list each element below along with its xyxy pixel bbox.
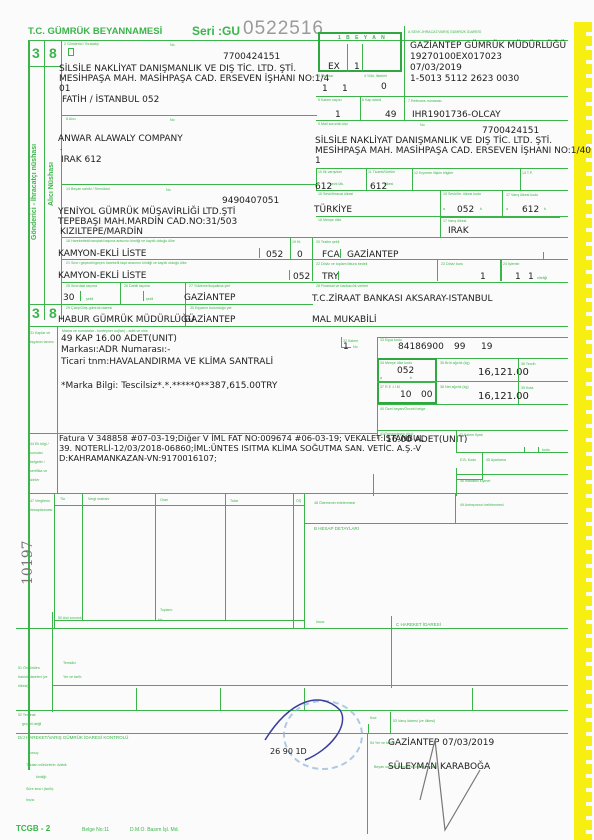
goods-desc-1: 49 KAP 16.00 ADET(UNIT) — [61, 334, 177, 345]
tax-col-base: Vergi matrahı — [88, 497, 109, 501]
responsible-name: SİLSİLE NAKLİYAT DANIŞMANLIK VE DIŞ TİC.… — [315, 136, 552, 147]
border-transport-id: KAMYON-EKLİ LİSTE — [58, 271, 146, 282]
tax-col-method: ÖŞ — [296, 499, 301, 503]
box26-label: 26 Dahili taşıma — [124, 284, 150, 288]
declarant-city: KIZILTEPE/MARDİN — [60, 227, 143, 238]
box28-label: 28 Finansal ve bankacılık verileri — [316, 284, 368, 288]
box14-no-label: No — [166, 188, 171, 192]
forms-value-2: 1 — [342, 84, 348, 95]
payment-method: MAL MUKABİLİ — [312, 315, 377, 326]
copy-number-3-bottom: 3 — [32, 305, 40, 321]
box51-label: 51 Öngörülen transit idareleri (ve ülkes… — [18, 664, 50, 691]
consignee-country: IRAK 612 — [61, 155, 102, 166]
box44-label: 44 Ek bilgi / sunulan belgeler / sertifi… — [30, 440, 54, 485]
copy-number-8: 8 — [49, 45, 57, 61]
box5-label: 5 Kalem sayısı — [318, 98, 342, 102]
box37-label: 37 R E J İ M — [380, 385, 400, 389]
sender-city: FATİH / İSTANBUL 052 — [62, 95, 159, 106]
exchange-rate: 1 — [480, 272, 486, 283]
seals-id-label: kimliği: — [36, 775, 47, 779]
boxA-label: A SEVK-İHRACAT/VARIŞ GÜMRÜK İDARESİ — [408, 30, 481, 34]
additional-info-1: Fatura V 348858 #07-03-19;Diğer V İML FA… — [59, 433, 424, 444]
box12-label: 12 Kıymete ilişkin bilgiler — [414, 171, 453, 175]
copy-number-3: 3 — [32, 45, 40, 61]
tax-col-rate: Oran — [160, 498, 168, 502]
tractor-feed-holes — [586, 22, 592, 840]
origin-country-code: 052 — [397, 366, 414, 377]
boxB-label: B HESAP DETAYLARI — [314, 526, 359, 531]
sender-address-1: MESİHPAŞA MAH. MASİHPAŞA CAD. ERSEVEN İŞ… — [59, 74, 329, 85]
box21-label: 21 Sınırı geçecek/geçen hareketli taşıt … — [66, 261, 187, 265]
box40-label: 40 Özet beyan/Önceki belge — [380, 407, 425, 411]
form-code: TCGB - 2 — [16, 824, 50, 833]
box2-label: 2 Gönderici / İhracatçı — [64, 42, 99, 46]
box38-label: 38 Net ağırlık (kg) — [440, 385, 469, 389]
exit-customs-office: HABUR GÜMRÜK MÜDÜRLÜĞÜ — [58, 315, 195, 326]
box14-label: 14 Beyan sahibi / Temsilcisi — [66, 187, 110, 191]
box49-label: 49 Antreponun belirlenmesi — [460, 503, 504, 507]
box20-label: 20 Teslim şekli — [316, 240, 339, 244]
box29-label: 29 Çıkış/Giriş gümrük idaresi — [66, 306, 112, 310]
item-no: 1 — [343, 342, 349, 353]
regime-code-1: 10 — [400, 390, 411, 401]
box30-label: 30 Eşyanın bulunduğu yer — [190, 306, 232, 310]
hs-code-2: 99 — [454, 342, 465, 353]
goods-desc-3: Ticari tnm:HAVALANDIRMA VE KLİMA SANTRAL… — [61, 357, 273, 368]
departure-office: GAZİANTEP GÜMRÜK MÜDÜRLÜĞÜ — [410, 41, 566, 52]
box34-a: a — [380, 376, 382, 380]
reference-number: IHR1901736-OLCAY — [412, 110, 501, 121]
signature-label: İmza: — [26, 798, 35, 802]
box15a-a: a — [443, 207, 445, 211]
box15a-label: 15 Sevk/İhr. ülkesi kodu — [443, 192, 481, 196]
goods-location: GAZİANTEP — [184, 315, 235, 326]
additional-info-3: D:KAHRAMANKAZAN-VN:9170016107; — [59, 453, 217, 464]
box26-sub: şekli — [146, 297, 153, 301]
transport-id: KAMYON-EKLİ LİSTE — [58, 249, 146, 260]
consignee-name: ANWAR ALAWALY COMPANY — [58, 134, 183, 145]
box19-label: 19 Kt. — [292, 240, 301, 244]
responsible-address-2: 1 — [315, 156, 321, 167]
box31-label: 31 Kaplar ve eşyanın tanımı — [30, 329, 54, 347]
hs-code: 84186900 — [398, 342, 444, 353]
time-limit-label: Süre sınırı (tarih): — [26, 787, 54, 791]
box46-label: 46 İstatistiki kıymet — [460, 479, 490, 483]
handwritten-note: 10197 — [20, 540, 36, 585]
box23-label: 23 Döviz kuru — [441, 262, 463, 266]
box1-value-2: 1 — [354, 62, 360, 73]
box53-label: 53 Varış idaresi (ve ülkesi) — [393, 719, 435, 723]
declarant-address: TEPEBAŞI MAH.MARDİN CAD.NO:31/503 — [58, 217, 237, 228]
border-transport-mode: 30 — [63, 293, 74, 304]
box31-sublabel: Marka ve numaralar - konteyner no(ları) … — [62, 329, 148, 333]
box9-label: 9 Mali sorumlu kişi — [318, 122, 348, 126]
bank-info: T.C.ZİRAAT BANKASI AKSARAY-ISTANBUL — [312, 294, 493, 305]
registration-date: 07/03/2019 — [410, 63, 462, 74]
box25-sub: şekli — [86, 297, 93, 301]
box7-label: 7 Referans numarası — [408, 99, 442, 103]
export-country-code: 052 — [457, 205, 474, 216]
box34-b: b — [410, 376, 412, 380]
box13-label: 13 T.P. — [522, 171, 533, 175]
box4-label: 4 Yükl. listeleri — [364, 74, 387, 78]
box18-label: 18 Hareketteki/varıştaki taşıma aracının… — [66, 239, 175, 243]
box24-label: 24 İşlemin — [503, 262, 519, 266]
transaction-type-2: 1 — [528, 272, 534, 283]
box50-sign-label: İmza: — [316, 620, 325, 624]
box42-label: 42 Kalem fiyatı — [459, 433, 483, 437]
additional-info-2: 39. NOTERLİ-12/03/2018-06860;İML:ÜNTES I… — [59, 443, 421, 454]
box9-no-label: No — [420, 123, 425, 127]
box17a-b: b — [544, 207, 546, 211]
representative-label: Temsilci — [63, 661, 76, 665]
tax-total-label: Toplam: — [160, 608, 173, 612]
dest-country: IRAK — [448, 226, 469, 237]
declarant-name: YENİYOL GÜMRÜK MÜŞAVİRLİĞİ LTD.ŞTİ — [58, 207, 235, 218]
box17-label: 17 Varış ülkesi — [443, 219, 466, 223]
recipient-copy-label: Alıcı Nüshası — [48, 162, 55, 206]
box52-label: 52 Teminat — [18, 713, 36, 717]
box25-label: 25 Sınırdaki taşıma — [66, 284, 97, 288]
serial-label: Seri :GU — [192, 24, 240, 38]
boxD-label: D/J HAREKET/VARIŞ GÜMRÜK İDARESİ KONTROL… — [18, 735, 128, 740]
goods-brand-info: *Marka Bilgi: Tescilsiz*.*.*****0**387,6… — [61, 381, 277, 392]
signature-mark-1 — [260, 690, 380, 770]
box15-label: 15 Sevk/İhracat ülkesi — [318, 192, 353, 196]
box50-no-label: No — [158, 618, 163, 622]
box6-label: 6 Kap adedi — [362, 98, 381, 102]
box8-no-label: No — [170, 118, 175, 122]
box39-label: 39 Kota — [521, 386, 533, 390]
item-count: 1 — [335, 110, 341, 121]
box36-label: 36 Tercih — [521, 362, 536, 366]
loading-place: GAZİANTEP — [184, 293, 235, 304]
form-title: T.C. GÜMRÜK BEYANNAMESİ — [28, 26, 162, 37]
signature-mark-2 — [390, 730, 490, 840]
box10-label: 10 İlk varış/son — [318, 170, 342, 174]
sender-tax-no: 7700424151 — [223, 52, 280, 63]
consignee-dash: - — [60, 145, 62, 156]
box8-label: 8 Alıcı — [66, 117, 76, 121]
responsible-address: MESİHPAŞA MAH. MASİHPAŞA CAD. ERSEVEN İŞ… — [315, 146, 591, 157]
boxC-label: C HAREKET İDARESİ — [396, 622, 441, 627]
box47-label: 47 Vergilerin hesaplanması — [30, 497, 54, 515]
box2-no-label: No — [170, 43, 175, 47]
box34-label: 34 Menşe ülke kodu — [380, 361, 412, 365]
box3-label: 3 Formlar — [318, 74, 333, 78]
box24-sub: niteliği — [537, 276, 547, 280]
place-date-label: Yer ve tarih: — [63, 675, 82, 679]
box48-label: 48 Ödemenin ertelenmesi — [314, 501, 355, 505]
declarant-tax-no: 9490407051 — [222, 196, 279, 207]
border-transport-country: 052 — [293, 272, 310, 283]
sender-address-2: 01 — [59, 84, 70, 95]
regime-code-2: 00 — [421, 390, 432, 401]
box2-checkbox[interactable] — [68, 48, 74, 56]
copy-number-8-bottom: 8 — [49, 305, 57, 321]
box35-label: 35 Brüt ağırlık (kg) — [440, 361, 470, 365]
sender-copy-label: Gönderici - İhracatçı nüshası — [31, 144, 38, 240]
package-count: 49 — [385, 110, 396, 121]
gross-weight: 16,121.00 — [478, 368, 529, 379]
box1-label: 1 B E Y A N — [338, 35, 387, 41]
currency: TRY — [322, 272, 339, 283]
forms-value-1: 1 — [322, 84, 328, 95]
box15a-b: b — [480, 207, 482, 211]
tax-col-amount: Tutar — [230, 499, 238, 503]
printer-info: D.M.O. Basım İşl. Md. — [130, 827, 179, 833]
box17a-label: 17 Varış ülkesi kodu — [506, 193, 538, 197]
goods-desc-2: Markası:ADR Numarası:- — [61, 345, 170, 356]
box52-sub: geçerli değil — [22, 722, 41, 726]
transaction-type-1: 1 — [515, 272, 521, 283]
serial-number: 0522516 — [243, 18, 324, 40]
dest-country-code: 612 — [522, 205, 539, 216]
loading-lists-value: 0 — [381, 82, 387, 93]
box1-value-1: EX — [328, 62, 340, 73]
net-weight: 16,121.00 — [478, 392, 529, 403]
reference-code: 1-5013 5112 2623 0030 — [410, 74, 519, 85]
box27-label: 27 Yükleme/boşaltma yeri — [189, 284, 230, 288]
box22-label: 22 Döviz ve toplam fatura bedeli — [316, 262, 367, 266]
box43-label: E.B. Kodu — [460, 458, 476, 462]
registration-no: 19270100EX017023 — [410, 52, 502, 63]
box16-label: 16 Menşe ülke — [318, 218, 341, 222]
box32-sub: No — [353, 345, 358, 349]
result-label: Sonuç: — [28, 751, 39, 755]
box17a-a: a — [506, 207, 508, 211]
sender-name: SİLSİLE NAKLİYAT DANIŞMANLIK VE DIŞ TİC.… — [59, 64, 296, 75]
box11-label: 11 Ticaret/Üretim — [368, 170, 395, 174]
export-country: TÜRKİYE — [314, 205, 352, 216]
hs-code-3: 19 — [481, 342, 492, 353]
tax-col-type: Tür — [60, 497, 65, 501]
seals-count-label: Takılan mühürlerin: Adedi: — [26, 763, 67, 767]
box45-label: 45 Ayarlama — [486, 458, 506, 462]
responsible-tax-no: 7700424151 — [482, 126, 539, 137]
document-number: Belge No:11 — [82, 827, 109, 833]
box50-label: 50 Asıl sorumlu — [58, 616, 83, 620]
